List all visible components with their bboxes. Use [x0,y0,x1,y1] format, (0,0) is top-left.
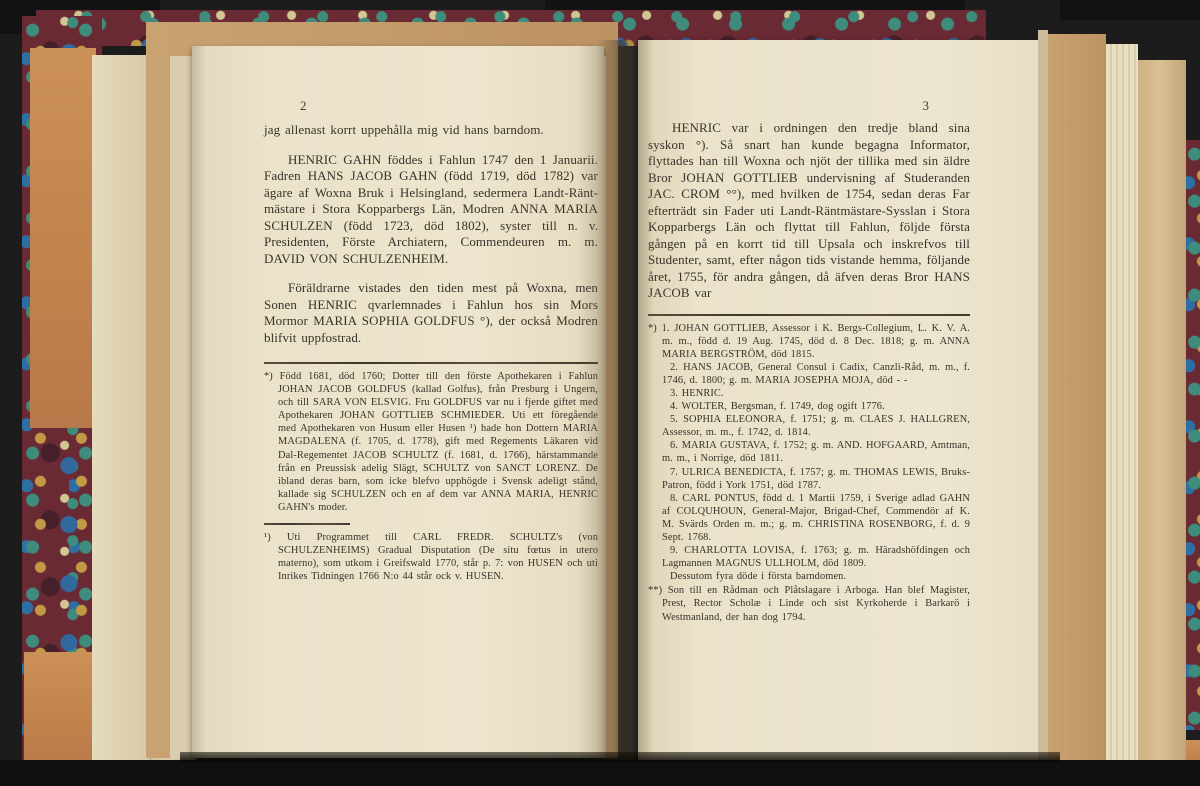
book-photo: 2 jag allenast korrt uppehålla mig vid h… [0,0,1200,786]
right-footnote-item: 7. ULRICA BENEDICTA, f. 1757; g. m. THOM… [648,466,970,492]
right-footnote-item: 8. CARL PONTUS, född d. 1 Martii 1759, i… [648,492,970,544]
right-page: 3 HENRIC var i ordningen den tredje blan… [638,40,1038,762]
right-footnote-item: 3. HENRIC. [648,387,970,400]
right-page-gutter-shade [638,40,654,762]
page-edge-stack-right [1106,44,1138,760]
cover-board-shadow-right [1060,0,1200,20]
footnote-separator [648,314,970,316]
book-gutter [596,40,644,762]
right-paragraph: HENRIC var i ordningen den tredje bland … [648,120,970,302]
left-paragraph: jag allenast korrt uppehålla mig vid han… [264,122,598,139]
right-footnote-item: 5. SOPHIA ELEONORA, f. 1751; g. m. CLAES… [648,413,970,439]
right-footnote-second: **) Son till en Rådman och Plåtslagare i… [648,584,970,623]
right-footnote-item: *) 1. JOHAN GOTTLIEB, Assessor i K. Berg… [648,322,970,361]
folded-paper-right [1138,60,1186,760]
kraft-sheet-right [1048,34,1106,760]
right-footnote-item: Dessutom fyra döde i första barndomen. [648,570,970,583]
footnote-separator [264,362,598,364]
page-edge-stack-right-thin [1038,30,1048,760]
left-page-edge-shade [192,46,206,758]
bottom-shadow [0,760,1200,786]
footnote-separator-short [264,523,350,525]
left-paragraph: HENRIC GAHN föddes i Fahlun 1747 den 1 J… [264,152,598,268]
right-footnote-item: 4. WOLTER, Bergsman, f. 1749, dog ogift … [648,400,970,413]
left-footnote: *) Född 1681, död 1760; Dotter till den … [264,370,598,514]
page-bottom-edge-shadow [180,752,1060,762]
left-page-number: 2 [300,98,308,114]
right-footnote-item: 2. HANS JACOB, General Consul i Cadix, C… [648,361,970,387]
left-page: 2 jag allenast korrt uppehålla mig vid h… [192,46,604,758]
marbled-cover-right [1184,140,1200,730]
endpaper-corner-left-top [30,48,96,428]
left-paragraph: Föräldrarne vistades den tiden mest på W… [264,280,598,346]
left-footnote: ¹) Uti Programmet till CARL FREDR. SCHUL… [264,531,598,583]
right-footnote-item: 6. MARIA GUSTAVA, f. 1752; g. m. AND. HO… [648,439,970,465]
right-page-number: 3 [923,98,931,114]
right-footnote-item: 9. CHARLOTTA LOVISA, f. 1763; g. m. Hära… [648,544,970,570]
